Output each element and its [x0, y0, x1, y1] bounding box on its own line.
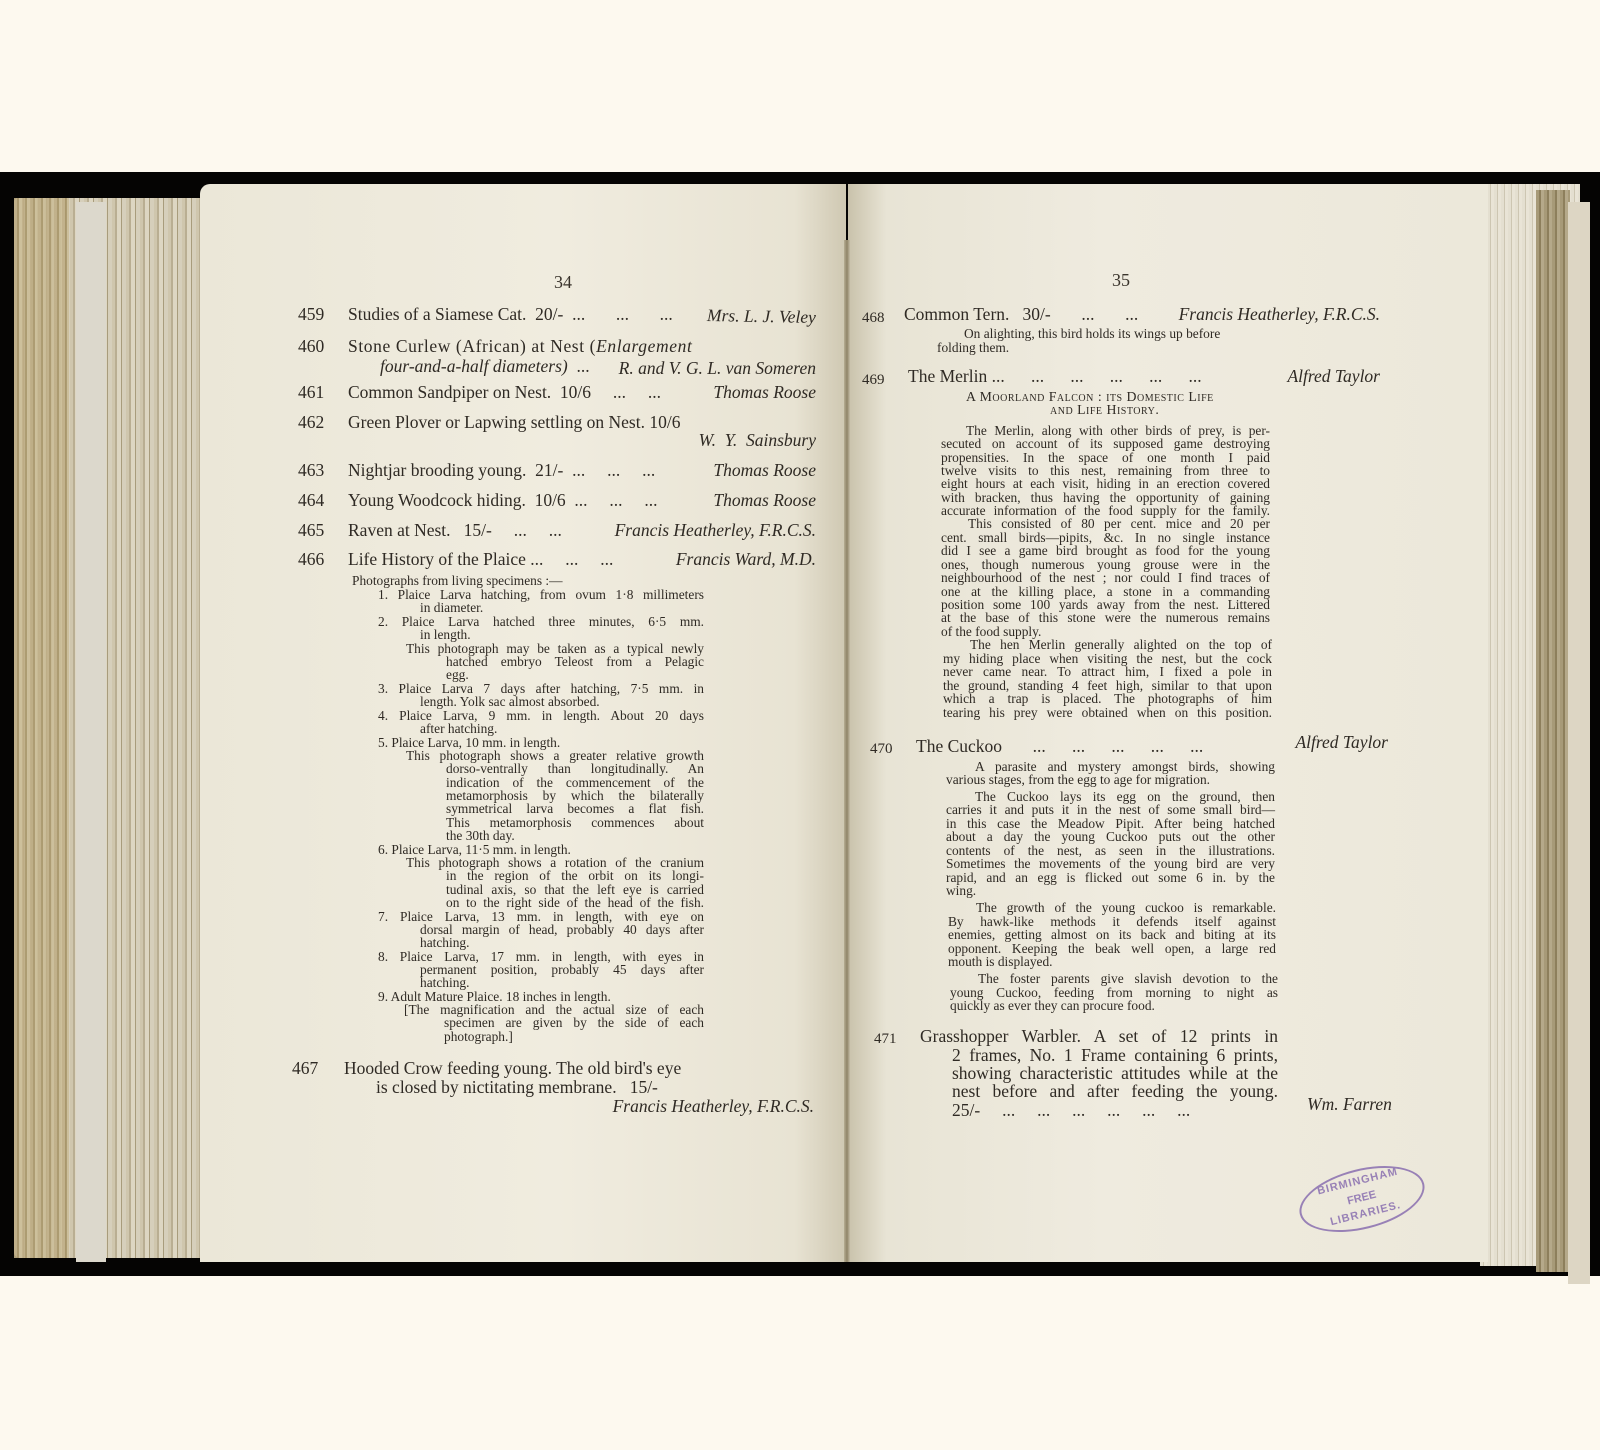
- merlin-subtitle-line2: and Life History.: [1050, 403, 1159, 416]
- title-italic-line2: four-and-a-half diameters): [380, 356, 568, 376]
- entry-number: 461: [298, 382, 324, 402]
- merlin-body-line: The hen Merlin generally alighted on the…: [970, 638, 1272, 651]
- title-text: Stone Curlew (African) at Nest (: [348, 336, 596, 356]
- cuckoo-body-line: The foster parents give slavish devotion…: [978, 972, 1278, 985]
- entry-number: 463: [298, 460, 324, 480]
- entry-number: 460: [298, 336, 324, 356]
- cuckoo-body-line: various stages, from the egg to age for …: [946, 773, 1210, 786]
- merlin-body-line: did I see a game bird brought as food fo…: [941, 544, 1270, 557]
- entry-author: Wm. Farren: [1307, 1094, 1392, 1114]
- right-cover-board: [1568, 202, 1590, 1284]
- entry-number: 465: [298, 520, 324, 540]
- right-page-block-edge: [1480, 184, 1580, 1266]
- plaice-item-2-line2: in length.: [420, 628, 471, 641]
- entry-title-line2: is closed by nictitating membrane. 15/-: [376, 1077, 658, 1097]
- cuckoo-body-line: quickly as ever they can procure food.: [950, 999, 1155, 1012]
- catalogue-entry-461: 461 Common Sandpiper on Nest. 10/6 ... .…: [298, 382, 818, 404]
- cuckoo-body-line: mouth is displayed.: [948, 955, 1053, 968]
- catalogue-entry-468: 468 Common Tern. 30/- ... ... Francis He…: [862, 304, 1382, 326]
- entry-number: 469: [862, 370, 885, 390]
- entry-line: 2 frames, No. 1 Frame containing 6 print…: [952, 1045, 1278, 1065]
- entry-author: Alfred Taylor: [1295, 732, 1388, 752]
- plaice-item-6-note2: in the region of the orbit on its longi-: [446, 869, 704, 882]
- catalogue-entry-469: 469 The Merlin ... ... ... ... ... ... A…: [862, 366, 1382, 388]
- catalogue-entry-464: 464 Young Woodcock hiding. 10/6 ... ... …: [298, 490, 818, 512]
- merlin-body-line: neighbourhood of the nest ; nor could I …: [941, 571, 1270, 584]
- right-page-number: 35: [1112, 270, 1130, 291]
- catalogue-entry-467: 467 Hooded Crow feeding young. The old b…: [292, 1058, 822, 1122]
- entry-number: 464: [298, 490, 324, 510]
- plaice-item-2-note3: egg.: [446, 668, 469, 681]
- book-gutter: [844, 240, 850, 1262]
- left-page-block-edge: [14, 198, 204, 1258]
- cuckoo-body-line: carries it and puts it in the nest of so…: [946, 803, 1275, 816]
- catalogue-entry-462: 462 Green Plover or Lapwing settling on …: [298, 412, 818, 454]
- entry-author: Thomas Roose: [713, 490, 816, 510]
- entry-title: Studies of a Siamese Cat. 20/- ... ... .…: [348, 304, 673, 324]
- right-dark-edges: [1536, 190, 1570, 1272]
- entry-title: Young Woodcock hiding. 10/6 ... ... ...: [348, 490, 658, 510]
- entry-title: Life History of the Plaice ... ... ...: [348, 549, 613, 569]
- entry-title: Raven at Nest. 15/- ... ...: [348, 520, 562, 540]
- entry-number: 459: [298, 304, 324, 324]
- entry-title: Common Tern. 30/- ... ...: [904, 304, 1138, 324]
- plaice-item-2-note2: hatched embryo Teleost from a Pelagic: [446, 655, 704, 668]
- plaice-item-9-note2: specimen are given by the side of each: [444, 1016, 704, 1029]
- entry-author: Francis Heatherley, F.R.C.S.: [613, 1096, 814, 1116]
- title-italic: Enlargement: [596, 336, 692, 356]
- plaice-item-1-line2: in diameter.: [420, 601, 483, 614]
- left-page-number: 34: [554, 272, 572, 293]
- plaice-item-5-note7: the 30th day.: [446, 829, 515, 842]
- entry-line: showing characteristic attitudes while a…: [952, 1063, 1278, 1083]
- entry-title: The Merlin ... ... ... ... ... ...: [908, 366, 1202, 386]
- entry-title: Hooded Crow feeding young. The old bird'…: [344, 1058, 681, 1078]
- catalogue-entry-460: 460 Stone Curlew (African) at Nest (Enla…: [298, 336, 818, 378]
- merlin-body-line: tearing his prey were obtained when on t…: [943, 706, 1272, 719]
- entry-title: Common Sandpiper on Nest. 10/6 ... ...: [348, 382, 661, 402]
- entry-author: Alfred Taylor: [1287, 366, 1380, 386]
- cuckoo-body-line: rapid, and an egg is flicked out some 6 …: [946, 871, 1275, 884]
- cuckoo-body-line: wing.: [946, 884, 976, 897]
- entry-title: The Cuckoo ... ... ... ... ...: [916, 736, 1203, 756]
- entry-author: R. and V. G. L. van Someren: [619, 358, 816, 378]
- catalogue-entry-470: 470 The Cuckoo ... ... ... ... ... Alfre…: [870, 736, 1390, 758]
- merlin-body-line: at the base of this stone were the numer…: [941, 611, 1270, 624]
- left-white-edges: [76, 202, 106, 1262]
- entry-author: W. Y. Sainsbury: [699, 430, 816, 450]
- entry-number: 462: [298, 412, 324, 432]
- entry-title: Green Plover or Lapwing settling on Nest…: [348, 412, 680, 432]
- cuckoo-body-line: Sometimes the movements of the young bir…: [946, 857, 1275, 870]
- catalogue-entry-471: 471 Grasshopper Warbler. A set of 12 pri…: [874, 1026, 1394, 1122]
- merlin-body-line: This consisted of 80 per cent. mice and …: [968, 517, 1270, 530]
- tern-description-line1: On alighting, this bird holds its wings …: [964, 327, 1220, 340]
- left-yellowed-edges: [14, 198, 69, 1258]
- entry-title: Nightjar brooding young. 21/- ... ... ..…: [348, 460, 655, 480]
- plaice-intro: Photographs from living specimens :—: [352, 574, 563, 587]
- entry-author: Thomas Roose: [713, 382, 816, 402]
- plaice-item-8-line3: hatching.: [420, 976, 469, 989]
- plaice-item-6-note4: on to the right side of the head of the …: [446, 896, 704, 909]
- entry-author: Francis Heatherley, F.R.C.S.: [615, 520, 816, 540]
- title-tail: ...: [568, 356, 590, 376]
- entry-author: Mrs. L. J. Veley: [707, 305, 816, 327]
- entry-number: 467: [292, 1058, 318, 1078]
- cuckoo-body-line: about a day the young Cuckoo puts out th…: [946, 830, 1275, 843]
- entry-number: 466: [298, 549, 324, 569]
- merlin-body-line: secuted on account of its supposed game …: [941, 437, 1270, 450]
- catalogue-entry-465: 465 Raven at Nest. 15/- ... ... Francis …: [298, 520, 818, 542]
- plaice-item-5-note5: symmetrical larva becomes a flat fish.: [446, 802, 704, 815]
- entry-number: 471: [874, 1029, 897, 1049]
- entry-line: nest before and after feeding the young.: [952, 1081, 1278, 1101]
- cuckoo-body-line: The growth of the young cuckoo is remark…: [976, 901, 1276, 914]
- entry-number: 470: [870, 739, 893, 759]
- entry-author: Francis Ward, M.D.: [676, 549, 816, 569]
- entry-title: Stone Curlew (African) at Nest (Enlargem…: [348, 336, 692, 356]
- plaice-item-3-line2: length. Yolk sac almost absorbed.: [420, 695, 600, 708]
- tern-description-line2: folding them.: [937, 341, 1009, 354]
- plaice-item-7-line3: hatching.: [420, 936, 469, 949]
- entry-author: Thomas Roose: [713, 460, 816, 480]
- merlin-body-line: which a trap is placed. The photographs …: [943, 692, 1272, 705]
- entry-title: Grasshopper Warbler. A set of 12 prints …: [920, 1026, 1278, 1046]
- cuckoo-body-line: enemies, getting almost on its back and …: [948, 928, 1276, 941]
- entry-number: 468: [862, 308, 885, 328]
- entry-author: Francis Heatherley, F.R.C.S.: [1179, 304, 1380, 324]
- merlin-body-line: eight hours at each visit, hiding in an …: [941, 477, 1270, 490]
- merlin-body-line: never came near. To attract him, I fixed…: [943, 665, 1272, 678]
- catalogue-entry-463: 463 Nightjar brooding young. 21/- ... ..…: [298, 460, 818, 482]
- catalogue-entry-459: 459 Studies of a Siamese Cat. 20/- ... .…: [298, 304, 818, 326]
- catalogue-entry-466: 466 Life History of the Plaice ... ... .…: [298, 549, 818, 571]
- plaice-item-4-line2: after hatching.: [420, 722, 497, 735]
- plaice-item-9-note3: photograph.]: [444, 1030, 513, 1043]
- entry-title-line2: four-and-a-half diameters) ...: [380, 356, 590, 376]
- entry-price-line: 25/- ... ... ... ... ... ...: [952, 1100, 1190, 1120]
- plaice-item-5-note2: dorso-ventrally than longitudinally. An: [446, 762, 704, 775]
